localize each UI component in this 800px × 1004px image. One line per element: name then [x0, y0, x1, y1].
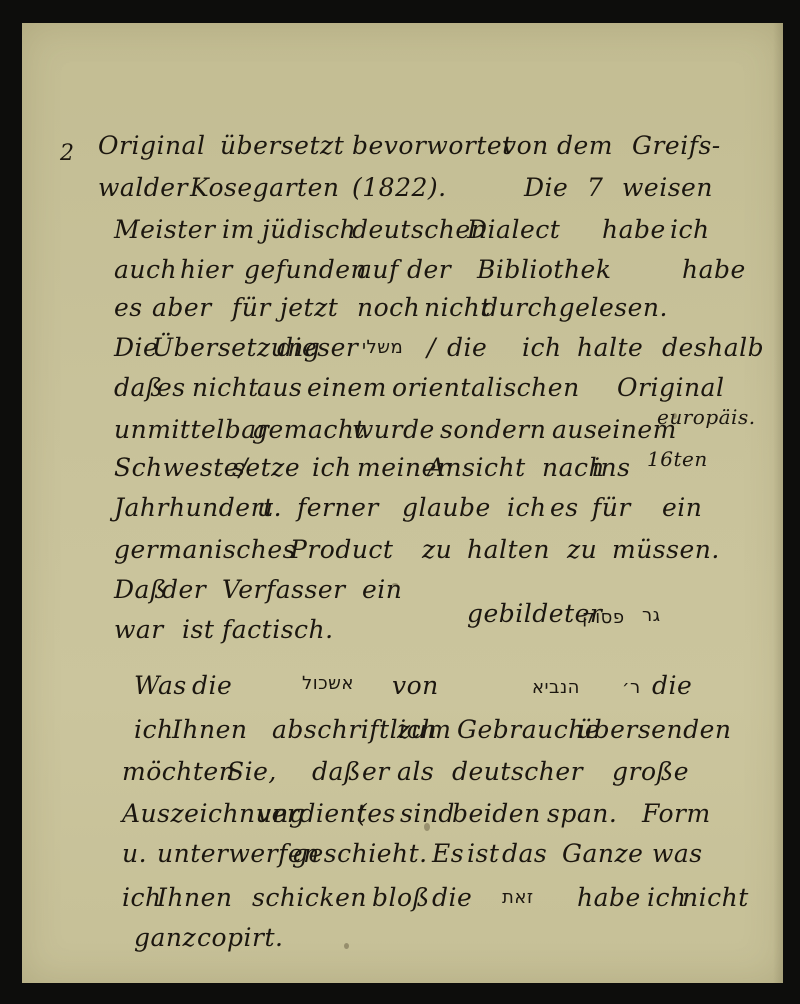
word: Ihnen: [172, 715, 247, 744]
word: Greifs-: [632, 131, 721, 160]
manuscript-page: 2 Original übersetzt bevorwortet von dem…: [22, 23, 783, 983]
word: von: [392, 671, 439, 700]
word: war: [114, 615, 164, 644]
word: gefunden: [244, 255, 367, 284]
word: walder: [98, 173, 188, 202]
word: daß: [114, 373, 163, 402]
word: ferner: [297, 493, 379, 522]
word: es: [114, 293, 143, 322]
hebrew-word: גר: [642, 605, 661, 626]
word: deshalb: [662, 333, 764, 362]
word: gemacht: [252, 415, 365, 444]
word: möchten: [122, 757, 235, 786]
word: die: [432, 883, 472, 912]
word: dem: [557, 131, 613, 160]
hebrew-word: הנביא: [532, 677, 580, 698]
word: Original: [98, 131, 205, 160]
word: Bibliothek: [477, 255, 612, 284]
word: Meister: [114, 215, 216, 244]
word: ich: [507, 493, 547, 522]
word: aus: [552, 415, 597, 444]
word: die: [192, 671, 232, 700]
word: ein: [662, 493, 702, 522]
word: orientalischen: [392, 373, 580, 402]
word: ich: [647, 883, 687, 912]
word: der: [162, 575, 206, 604]
word: u.: [257, 493, 282, 522]
word: Jahrhundert: [114, 493, 274, 522]
word: ich: [312, 453, 352, 482]
word: ganz: [134, 923, 196, 952]
word: Original: [617, 373, 724, 402]
word: halten: [467, 535, 550, 564]
word: glaube: [402, 493, 491, 522]
word: einem: [307, 373, 387, 402]
word: Ihnen: [157, 883, 232, 912]
ink-spot: [392, 583, 398, 586]
word: Schweste/: [114, 453, 248, 482]
word: nicht: [682, 883, 749, 912]
word: 7: [587, 173, 603, 202]
word: habe: [577, 883, 641, 912]
word: ich: [670, 215, 710, 244]
word: durchgelesen.: [482, 293, 668, 322]
word: nicht: [192, 373, 259, 402]
word: span.: [547, 799, 617, 828]
word: beiden: [452, 799, 541, 828]
word: Daß: [114, 575, 167, 604]
word: bloß: [372, 883, 430, 912]
word: dieser: [277, 333, 358, 362]
word: Was: [134, 671, 187, 700]
word: geschieht.: [292, 839, 428, 868]
word: (es: [357, 799, 396, 828]
word: habe: [602, 215, 666, 244]
ink-spot: [672, 413, 677, 419]
word: es: [157, 373, 186, 402]
hebrew-word: משלי: [362, 337, 403, 358]
word: von: [502, 131, 549, 160]
word: zum: [397, 715, 451, 744]
word: hier: [180, 255, 233, 284]
word: das: [502, 839, 547, 868]
word: der: [407, 255, 451, 284]
word: ist: [467, 839, 499, 868]
word: unmittelbar: [114, 415, 269, 444]
word: 16ten: [647, 447, 708, 471]
hebrew-word: אשכול: [302, 673, 354, 694]
word: aber: [152, 293, 212, 322]
word: ich: [522, 333, 562, 362]
word: Ganze: [562, 839, 643, 868]
word: setze: [232, 453, 300, 482]
word: große: [612, 757, 689, 786]
word: die: [652, 671, 692, 700]
word: Dialect: [467, 215, 560, 244]
word: /: [427, 333, 436, 362]
word: u.: [122, 839, 147, 868]
page-edge-shadow: [773, 23, 783, 983]
word: Es: [432, 839, 464, 868]
word: im: [222, 215, 255, 244]
word: Form: [642, 799, 711, 828]
ink-spot: [424, 823, 430, 831]
word: jetzt: [280, 293, 338, 322]
word: Kosegarten: [190, 173, 339, 202]
word: daß: [312, 757, 361, 786]
word: bevorwortet: [352, 131, 513, 160]
word: halte: [577, 333, 643, 362]
word: habe: [682, 255, 746, 284]
hebrew-word: ר׳: [622, 677, 641, 698]
word: factisch.: [222, 615, 334, 644]
word: Sie,: [227, 757, 277, 786]
marginal-number: 2: [60, 141, 74, 166]
word: zu: [422, 535, 452, 564]
word: müssen.: [612, 535, 720, 564]
word: was: [652, 839, 703, 868]
word: sondern: [440, 415, 546, 444]
word: jüdisch: [262, 215, 356, 244]
word: Product: [290, 535, 393, 564]
hebrew-word: פסוק: [582, 607, 625, 628]
word: übersenden: [577, 715, 731, 744]
word: ich: [122, 883, 162, 912]
word: es: [550, 493, 579, 522]
word: schicken: [252, 883, 367, 912]
word: übersetzt: [220, 131, 344, 160]
word: ist: [182, 615, 214, 644]
word: auf: [357, 255, 399, 284]
word: wurde: [352, 415, 435, 444]
word: Ansicht: [427, 453, 526, 482]
word: für: [592, 493, 631, 522]
word: germanisches: [114, 535, 296, 564]
word: ins: [592, 453, 630, 482]
word: zu: [567, 535, 597, 564]
word: die: [447, 333, 487, 362]
word: aus: [257, 373, 302, 402]
word: ich: [134, 715, 174, 744]
ink-spot: [344, 943, 349, 949]
word: Verfasser: [222, 575, 346, 604]
word: Die: [524, 173, 568, 202]
word: er: [362, 757, 390, 786]
word: als: [397, 757, 434, 786]
word: auch: [114, 255, 177, 284]
word: für: [232, 293, 271, 322]
word: noch: [357, 293, 420, 322]
hebrew-word: זאת: [502, 887, 534, 908]
word: weisen: [622, 173, 713, 202]
word: verdient: [257, 799, 367, 828]
word: ein: [362, 575, 402, 604]
word: nicht: [424, 293, 491, 322]
word: deutscher: [452, 757, 583, 786]
word: copirt.: [197, 923, 284, 952]
word: (1822).: [352, 173, 447, 202]
